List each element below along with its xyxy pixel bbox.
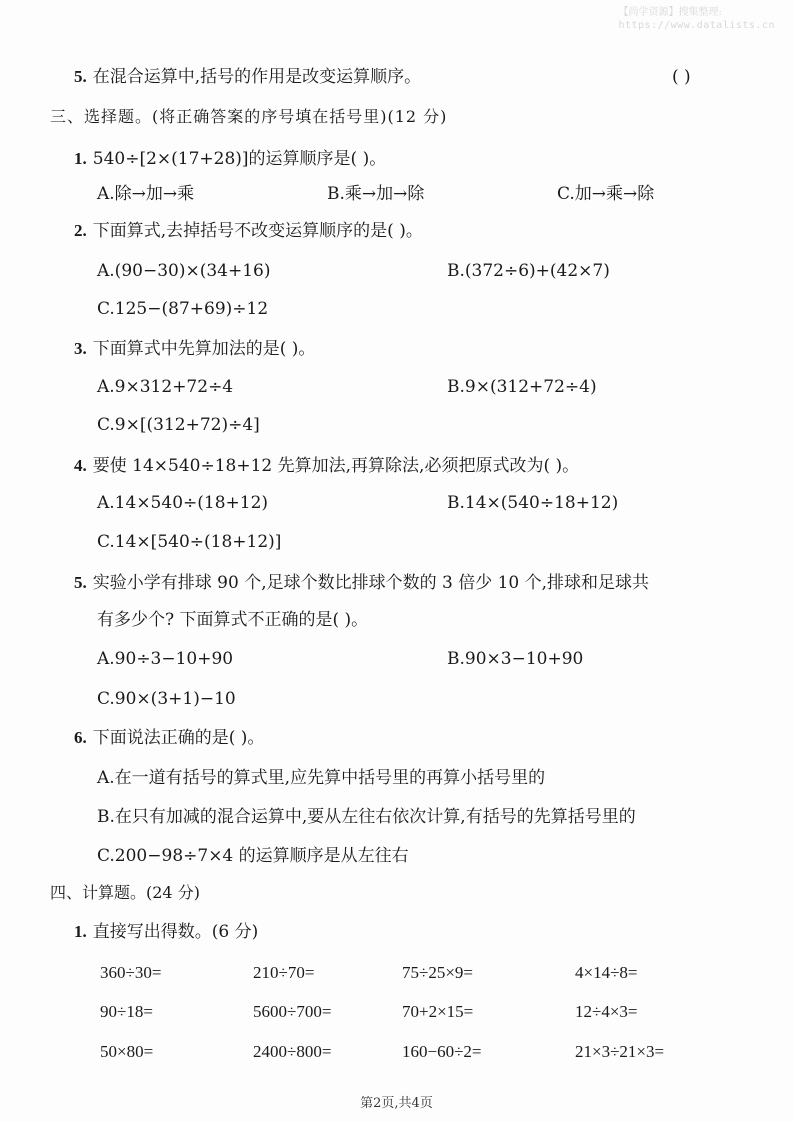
option-c[interactable]: C.200−98÷7×4 的运算顺序是从左往右 bbox=[97, 845, 409, 867]
option-a[interactable]: A.90÷3−10+90 bbox=[97, 648, 233, 670]
calc-item: 5600÷700= bbox=[253, 1001, 331, 1023]
option-c[interactable]: C.14×[540÷(18+12)] bbox=[97, 531, 281, 553]
page-number: 第2页,共4页 bbox=[0, 1092, 793, 1111]
question-number: 3. bbox=[74, 339, 87, 358]
calc-item: 160−60÷2= bbox=[402, 1041, 482, 1063]
option-c[interactable]: C.9×[(312+72)÷4] bbox=[97, 414, 260, 436]
question-stem: 直接写出得数。(6 分) bbox=[93, 922, 258, 942]
calc-item: 90÷18= bbox=[100, 1001, 153, 1023]
question-stem: 要使 14×540÷18+12 先算加法,再算除法,必须把原式改为( )。 bbox=[93, 456, 579, 476]
calc-question-1: 1.直接写出得数。(6 分) bbox=[74, 921, 258, 943]
calc-item: 4×14÷8= bbox=[575, 962, 638, 984]
option-a[interactable]: A.14×540÷(18+12) bbox=[97, 492, 268, 514]
question-number: 1. bbox=[74, 149, 87, 168]
question-number: 5. bbox=[74, 573, 87, 592]
calc-item: 50×80= bbox=[100, 1041, 153, 1063]
calc-item: 21×3÷21×3= bbox=[575, 1041, 664, 1063]
calc-item: 75÷25×9= bbox=[402, 962, 473, 984]
option-b[interactable]: B.9×(312+72÷4) bbox=[447, 376, 597, 398]
question-number: 1. bbox=[74, 922, 87, 941]
choice-question-2: 2.下面算式,去掉括号不改变运算顺序的是( )。 bbox=[74, 220, 423, 242]
choice-question-1: 1.540÷[2×(17+28)]的运算顺序是( )。 bbox=[74, 148, 386, 170]
option-b[interactable]: B.14×(540÷18+12) bbox=[447, 492, 618, 514]
option-b[interactable]: B.(372÷6)+(42×7) bbox=[447, 260, 610, 282]
option-a[interactable]: A.在一道有括号的算式里,应先算中括号里的再算小括号里的 bbox=[97, 767, 545, 789]
option-a[interactable]: A.9×312+72÷4 bbox=[97, 376, 233, 398]
option-b[interactable]: B.在只有加减的混合运算中,要从左往右依次计算,有括号的先算括号里的 bbox=[97, 806, 636, 828]
calc-item: 12÷4×3= bbox=[575, 1001, 638, 1023]
question-number: 2. bbox=[74, 221, 87, 240]
option-c[interactable]: C.90×(3+1)−10 bbox=[97, 688, 236, 710]
question-number: 6. bbox=[74, 728, 87, 747]
watermark-url: https://www.datalists.cn bbox=[619, 19, 776, 32]
option-b[interactable]: B.乘→加→除 bbox=[327, 183, 424, 205]
question-number: 5. bbox=[74, 67, 87, 86]
option-c[interactable]: C.125−(87+69)÷12 bbox=[97, 298, 268, 320]
calc-item: 2400÷800= bbox=[253, 1041, 331, 1063]
watermark: 【尚学资源】搜集整理: https://www.datalists.cn bbox=[619, 6, 776, 32]
option-a[interactable]: A.(90−30)×(34+16) bbox=[97, 260, 270, 282]
calc-item: 210÷70= bbox=[253, 962, 314, 984]
answer-blank[interactable]: ( ) bbox=[672, 66, 691, 88]
choice-question-6: 6.下面说法正确的是( )。 bbox=[74, 727, 264, 749]
section-title-choice: 三、选择题。(将正确答案的序号填在括号里)(12 分) bbox=[50, 106, 447, 128]
choice-question-3: 3.下面算式中先算加法的是( )。 bbox=[74, 338, 315, 360]
option-c[interactable]: C.加→乘→除 bbox=[557, 183, 654, 205]
question-stem-continued: 有多少个? 下面算式不正确的是( )。 bbox=[97, 609, 368, 631]
question-number: 4. bbox=[74, 456, 87, 475]
calc-item: 70+2×15= bbox=[402, 1001, 473, 1023]
section-title-calculation: 四、计算题。(24 分) bbox=[50, 882, 200, 904]
calc-item: 360÷30= bbox=[100, 962, 161, 984]
choice-question-5: 5.实验小学有排球 90 个,足球个数比排球个数的 3 倍少 10 个,排球和足… bbox=[74, 572, 649, 594]
exam-page: 【尚学资源】搜集整理: https://www.datalists.cn 5.在… bbox=[0, 0, 793, 1122]
question-stem: 下面算式,去掉括号不改变运算顺序的是( )。 bbox=[93, 221, 423, 241]
watermark-source: 【尚学资源】搜集整理: bbox=[619, 6, 776, 19]
question-stem: 下面算式中先算加法的是( )。 bbox=[93, 339, 316, 359]
judge-question-5: 5.在混合运算中,括号的作用是改变运算顺序。 bbox=[74, 66, 421, 88]
question-stem: 下面说法正确的是( )。 bbox=[93, 728, 265, 748]
choice-question-4: 4.要使 14×540÷18+12 先算加法,再算除法,必须把原式改为( )。 bbox=[74, 455, 579, 477]
question-text: 在混合运算中,括号的作用是改变运算顺序。 bbox=[93, 67, 421, 87]
question-stem: 实验小学有排球 90 个,足球个数比排球个数的 3 倍少 10 个,排球和足球共 bbox=[93, 573, 649, 593]
question-stem: 540÷[2×(17+28)]的运算顺序是( )。 bbox=[93, 149, 386, 169]
option-a[interactable]: A.除→加→乘 bbox=[97, 183, 194, 205]
option-b[interactable]: B.90×3−10+90 bbox=[447, 648, 583, 670]
